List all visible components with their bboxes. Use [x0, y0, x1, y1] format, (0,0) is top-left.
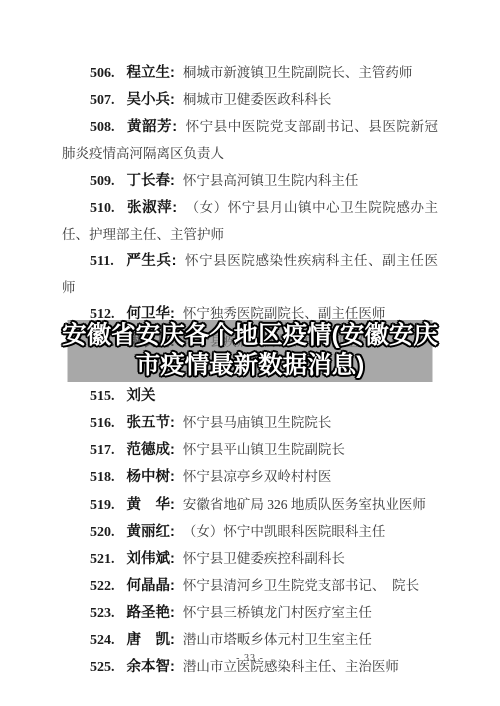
- roster-entry: 524.唐 凯:潜山市塔畈乡体元村卫生室主任: [62, 627, 438, 654]
- roster-entry: 506.程立生:桐城市新渡镇卫生院副院长、主管药师: [62, 60, 438, 87]
- roster-entry: 517.范德成:怀宁县平山镇卫生院副院长: [62, 437, 438, 464]
- roster-entry: 515.刘关: [62, 383, 438, 410]
- entry-role: 怀宁县平山镇卫生院副院长: [183, 442, 345, 457]
- entry-name: 路圣艳:: [127, 605, 175, 621]
- roster-entry: 507.吴小兵:桐城市卫健委医政科科长: [62, 87, 438, 114]
- entry-name: 严生兵:: [126, 253, 177, 269]
- entry-name: 程立生:: [127, 65, 175, 81]
- entry-role: 潜山市塔畈乡体元村卫生室主任: [183, 632, 372, 647]
- entry-name: 黄丽红:: [127, 524, 175, 540]
- entry-number: 518.: [90, 470, 115, 485]
- entry-number: 506.: [90, 66, 115, 81]
- entry-role: 怀宁县凉亭乡双岭村村医: [183, 469, 332, 484]
- roster-entry: 518.杨中树:怀宁县凉亭乡双岭村村医: [62, 464, 438, 491]
- entry-name: 刘伟斌:: [127, 551, 175, 567]
- entry-name: 张五节:: [127, 415, 175, 431]
- entry-role: 怀宁县清河乡卫生院党支部书记、 院长: [183, 578, 419, 593]
- roster-entry: 519.黄 华:安徽省地矿局 326 地质队医务室执业医师: [62, 492, 438, 519]
- entry-role: 桐城市卫健委医政科科长: [183, 92, 332, 107]
- entry-role: 怀宁县马庙镇卫生院院长: [183, 415, 332, 430]
- roster-entry: 516.张五节:怀宁县马庙镇卫生院院长: [62, 410, 438, 437]
- entry-name: 黄 华:: [127, 497, 175, 513]
- page-number: - 33 -: [0, 653, 500, 664]
- entry-name: 唐 凯:: [127, 632, 175, 648]
- entry-number: 511.: [90, 254, 114, 269]
- roster-entry: 520.黄丽红:（女）怀宁中凯眼科医院眼科主任: [62, 519, 438, 546]
- roster-entry: 523.路圣艳:怀宁县三桥镇龙门村医疗室主任: [62, 600, 438, 627]
- entry-number: 523.: [90, 606, 115, 621]
- roster-entry: 510.张淑萍:（女）怀宁县月山镇中心卫生院院感办主任、护理部主任、主管护师: [62, 195, 438, 248]
- roster-entry: 522.何晶晶:怀宁县清河乡卫生院党支部书记、 院长: [62, 573, 438, 600]
- entry-name: 丁长春:: [127, 173, 175, 189]
- roster-entry: 509.丁长春:怀宁县高河镇卫生院内科主任: [62, 168, 438, 195]
- entry-number: 522.: [90, 579, 115, 594]
- entry-role: 怀宁县中医院党支部副书记、县医院新冠肺炎疫情高河隔离区负责人: [62, 119, 438, 161]
- entry-number: 509.: [90, 174, 115, 189]
- entry-role: 怀宁县三桥镇龙门村医疗室主任: [183, 605, 372, 620]
- entry-role: （女）怀宁中凯眼科医院眼科主任: [183, 524, 386, 539]
- roster-entry: 508.黄韶芳:怀宁县中医院党支部副书记、县医院新冠肺炎疫情高河隔离区负责人: [62, 114, 438, 167]
- entry-name: 何晶晶:: [127, 578, 175, 594]
- roster-entry: 521.刘伟斌:怀宁县卫健委疾控科副科长: [62, 546, 438, 573]
- entry-name: 杨中树:: [127, 469, 175, 485]
- overlay-title-line1: 安徽省安庆各个地区疫情(安徽安庆: [62, 321, 438, 351]
- entry-role: 怀宁县高河镇卫生院内科主任: [183, 173, 359, 188]
- entry-role: 怀宁县卫健委疾控科副科长: [183, 551, 345, 566]
- entry-number: 521.: [90, 552, 115, 567]
- entry-role: （女）怀宁县月山镇中心卫生院院感办主任、护理部主任、主管护师: [62, 200, 438, 242]
- entry-number: 519.: [90, 498, 115, 513]
- entry-number: 520.: [90, 525, 115, 540]
- entry-number: 515.: [90, 389, 115, 404]
- entry-number: 517.: [90, 443, 115, 458]
- entry-number: 510.: [90, 201, 115, 216]
- overlay-title-line2: 市疫情最新数据消息): [136, 351, 365, 381]
- entry-number: 507.: [90, 93, 115, 108]
- entry-name: 张淑萍:: [127, 200, 178, 216]
- entry-role: 安徽省地矿局 326 地质队医务室执业医师: [183, 497, 426, 512]
- entry-name: 黄韶芳:: [127, 119, 178, 135]
- entry-name: 范德成:: [127, 442, 175, 458]
- title-overlay: 安徽省安庆各个地区疫情(安徽安庆 市疫情最新数据消息): [68, 320, 433, 382]
- roster-entry: 511.严生兵:怀宁县医院感染性疾病科主任、副主任医师: [62, 248, 438, 301]
- document-page: 506.程立生:桐城市新渡镇卫生院副院长、主管药师 507.吴小兵:桐城市卫健委…: [0, 0, 500, 706]
- entry-number: 516.: [90, 416, 115, 431]
- entry-name: 吴小兵:: [127, 92, 175, 108]
- entry-number: 524.: [90, 633, 115, 648]
- entry-role: 桐城市新渡镇卫生院副院长、主管药师: [183, 65, 413, 80]
- entry-number: 508.: [90, 120, 115, 135]
- entry-role: 怀宁县医院感染性疾病科主任、副主任医师: [62, 253, 438, 295]
- entry-name: 刘关: [127, 388, 156, 404]
